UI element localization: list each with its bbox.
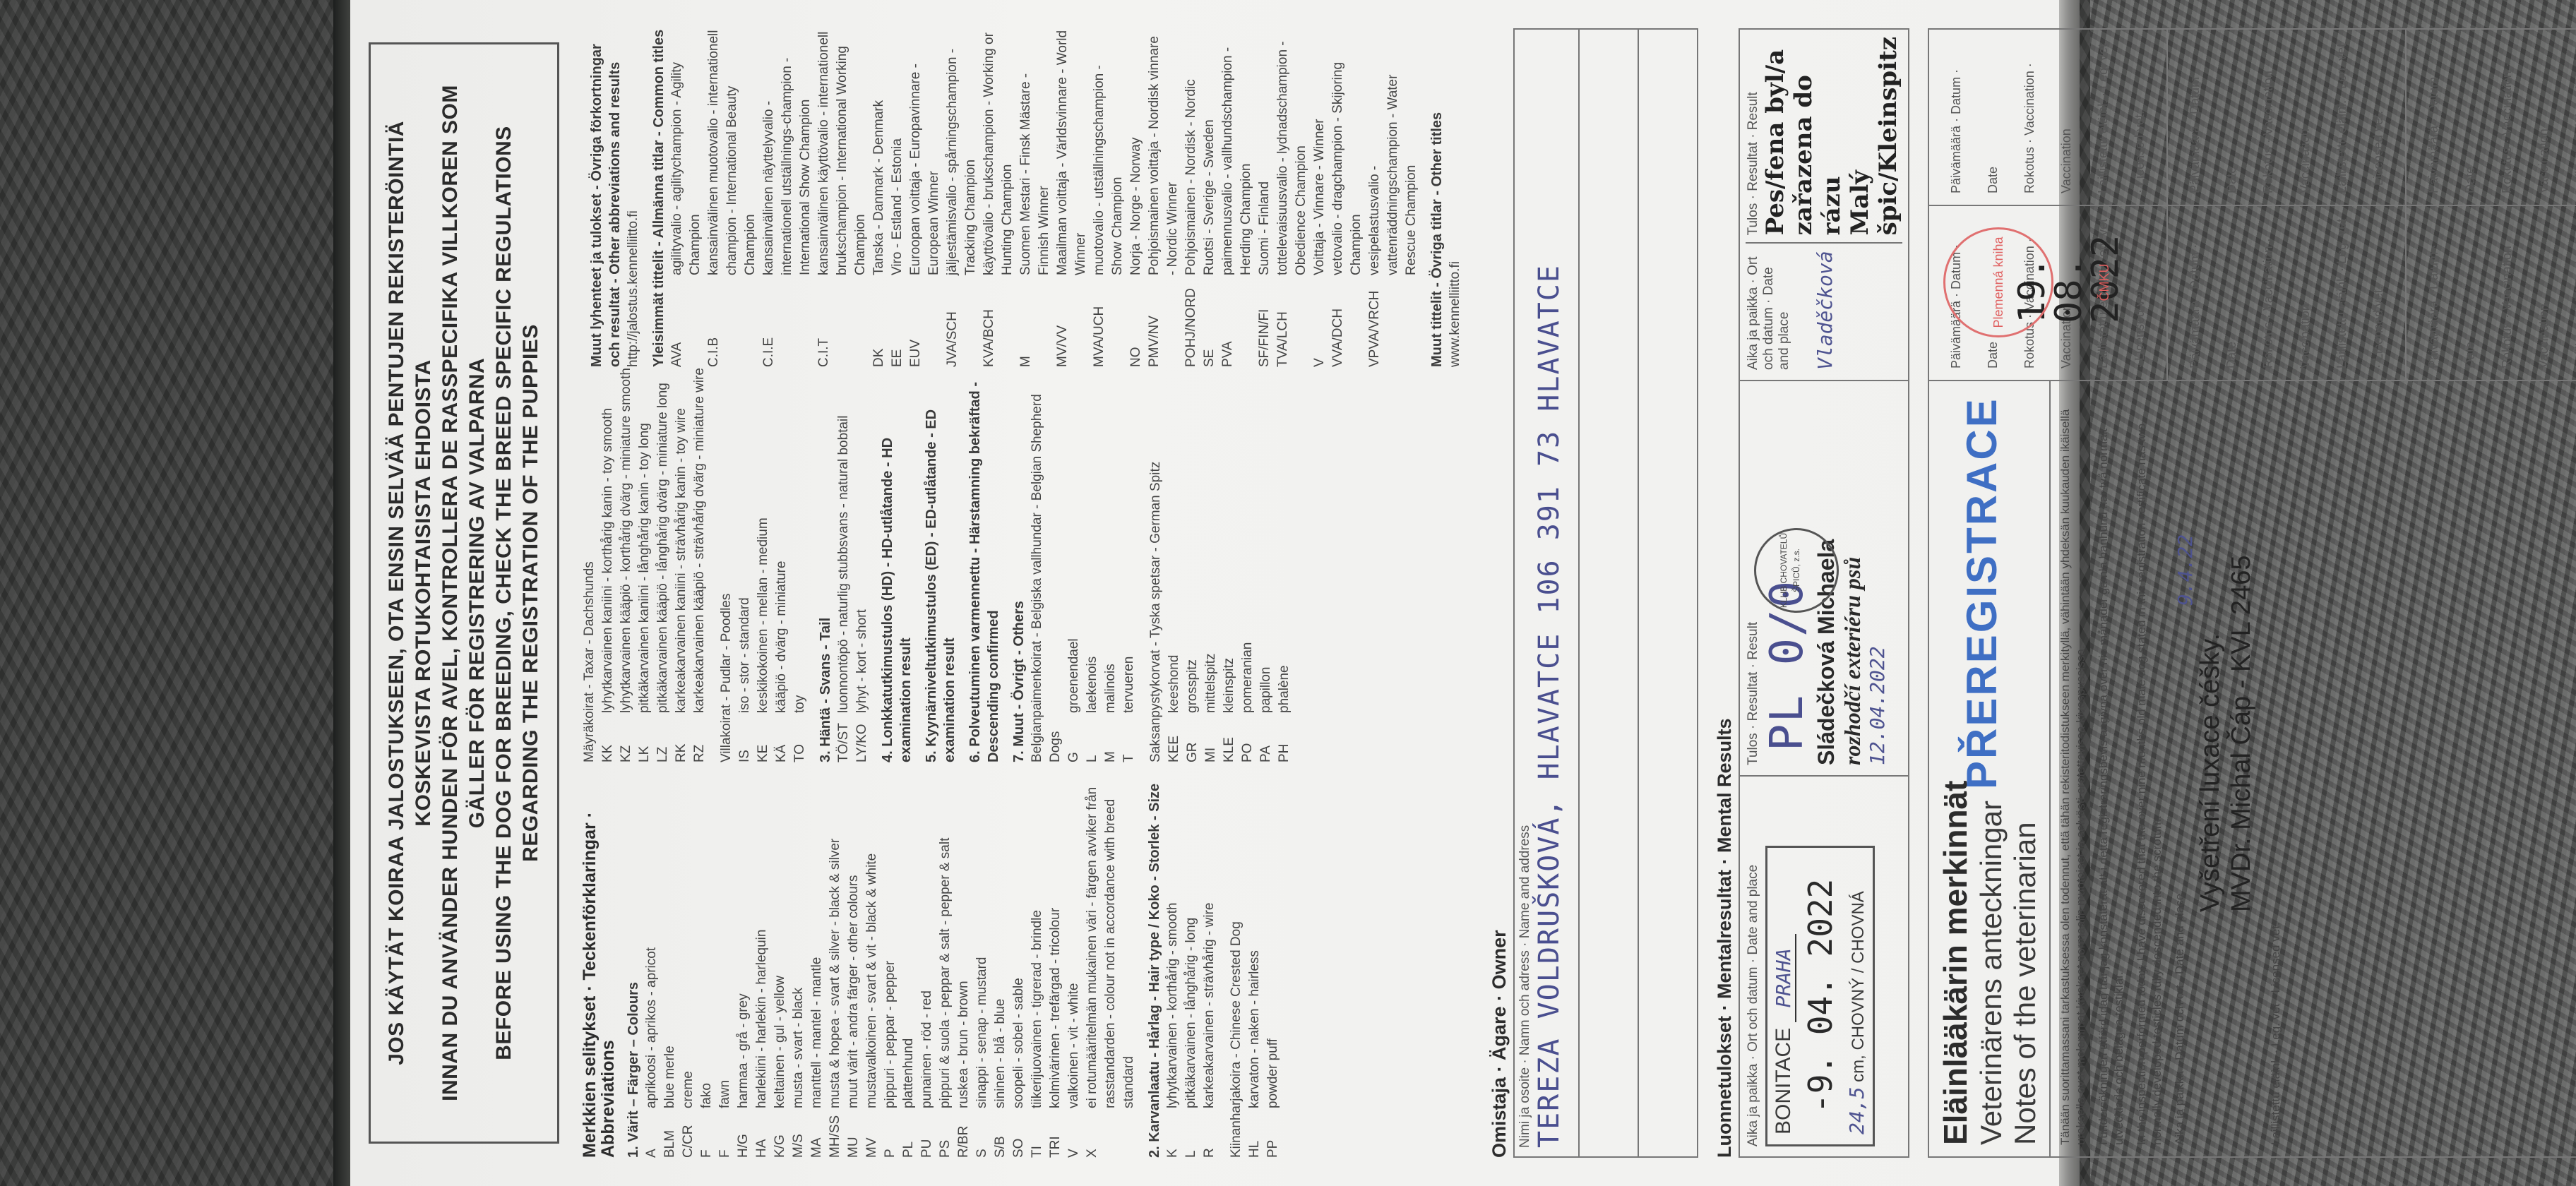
vaccination-cell: Päivämäärä · Datum · DateRokotus · Vacci… — [2168, 30, 2407, 205]
abbreviation-code: PH — [1275, 713, 1294, 762]
abbreviation-text: valkoinen - vit - white — [1065, 762, 1083, 1108]
abbreviation-code: L — [1182, 1108, 1200, 1158]
other-titles-heading: Muut tittelit - Övriga titlar - Other ti… — [1428, 28, 1446, 367]
abbreviation-row: PSpippuri & suola - peppar & salt - pepp… — [936, 762, 955, 1158]
abbreviations-section: Merkkien selitykset · Teckenförklaringar… — [580, 28, 1465, 1158]
height-value: 24,5 — [1845, 1087, 1868, 1134]
abbreviation-text: karkeakarvainen - strävhårig - wire — [1200, 762, 1219, 1108]
abbreviation-row: Ffawn — [716, 762, 734, 1158]
hd-heading: 4. Lonkkatutkimustulos (HD) - HD-utlåtan… — [878, 367, 915, 762]
kennel-url: www.kennelliitto.fi — [1446, 28, 1465, 367]
abbreviation-code: EE — [888, 275, 907, 367]
abbreviation-code: T — [1120, 713, 1138, 762]
abbreviation-code: HL — [1246, 1108, 1264, 1158]
abbreviation-row: C.I.Bkansainvälinen muotovalio - interna… — [705, 28, 760, 367]
warning-line-fi: JOS KÄYTÄT KOIRAA JALOSTUKSEEN, OTA ENSI… — [383, 66, 437, 1120]
vaccination-date-label: Päivämäärä · Datum · Date — [2176, 217, 2250, 369]
abbreviation-text: jäljestämisvalio - spårningschampion - T… — [943, 28, 980, 275]
abbreviation-text: lyhytkarvainen kääpiö - korthårig dvärg … — [617, 367, 636, 713]
abbreviation-text: vetovalio - dragchampion - Skijoring Cha… — [1329, 28, 1366, 275]
abbreviation-row: PMV/NVPohjoismainen voittaja - Nordisk v… — [1145, 28, 1182, 367]
licensed-vet-label: Laillistettu eläinl. · Leg. vet · Licens… — [2323, 41, 2397, 193]
abbreviation-code: R — [1200, 1108, 1219, 1158]
abbreviation-code: K/G — [771, 1108, 789, 1158]
abbreviation-row: HLkarvaton - naken - hairless — [1246, 762, 1264, 1158]
abbreviation-row: PHphalène — [1275, 367, 1294, 762]
abbreviation-code: M — [1017, 275, 1054, 367]
sleeve-edge-left — [333, 0, 350, 1186]
licensed-vet-label: Laillistettu eläinl. · Leg. vet · Licens… — [2562, 217, 2576, 369]
abbreviation-code: KK — [599, 713, 617, 762]
titles-list: AVAagilityvalio - agilitychampion - Agil… — [668, 28, 1421, 367]
abbreviation-row: Rkarkeakarvainen - strävhårig - wire — [1200, 762, 1219, 1158]
abbreviation-text: pitkäkarvainen kaniini - långhårig kanin… — [636, 367, 654, 713]
abbreviation-code: V — [1065, 1108, 1083, 1158]
abbreviation-code: MU — [845, 1108, 863, 1158]
abbreviation-text: malinois — [1102, 367, 1120, 713]
abbreviation-text: käyttövalio - brukschampion - Working or… — [980, 28, 1017, 275]
owner-section: Omistaja · Ägare · Owner Nimi ja osoite … — [1489, 28, 1698, 1158]
abbreviation-text: Tanska - Danmark - Denmark — [870, 28, 888, 275]
abbreviation-text: paimennusvalio - vallhundschampion - Her… — [1219, 28, 1256, 275]
abbreviation-text: musta - svart - black — [789, 762, 808, 1108]
abbreviation-code: C.I.T — [815, 275, 870, 367]
abbreviation-row: EEViro - Estland - Estonia — [888, 28, 907, 367]
abbreviation-text: mittelspitz — [1202, 367, 1220, 713]
vaccination-date-label: Päivämäärä · Datum · Date — [2176, 41, 2250, 193]
abbreviation-row: KEEkeeshond — [1165, 367, 1183, 762]
vaccination-date-label: Päivämäärä · Datum · Date — [1938, 41, 2011, 193]
abbreviation-code: F — [716, 1108, 734, 1158]
abbreviation-text: tervueren — [1120, 367, 1138, 713]
chinese-crested-list: HLkarvaton - naken - hairlessPPpowder pu… — [1246, 762, 1282, 1158]
abbreviation-text: karvaton - naken - hairless — [1246, 762, 1264, 1108]
abbreviation-row: MVmustavalkoinen - svart & vit - black &… — [863, 762, 881, 1158]
tail-list: TÖ/STluonnontöpö - naturlig stubbsvans -… — [835, 367, 871, 762]
licensed-vet-label: Laillistettu eläinl. · Leg. vet · Licens… — [2562, 41, 2576, 193]
abbreviation-row: EUVEuroopan voittaja - Europavinnare - E… — [907, 28, 943, 367]
height-unit: cm, — [1849, 1055, 1868, 1082]
abbreviation-code: PVA — [1219, 275, 1256, 367]
abbreviation-text: Voittaja - Vinnare - Winner — [1311, 28, 1329, 275]
abbreviation-code: SF/FIN/FI — [1256, 275, 1274, 367]
vaccination-label: Rokotus · Vaccination · Vaccination — [2011, 41, 2085, 193]
abbreviation-text: harmaa - grå - grey — [734, 762, 753, 1108]
colours-heading: 1. Värit – Färger – Colours — [624, 762, 643, 1158]
vet-text-fi: Tänään suorittamassani tarkastuksessa ol… — [2058, 393, 2089, 1145]
abbreviation-code: MH/SS — [826, 1108, 845, 1158]
vaccination-label: Rokotus · Vaccination · Vaccination — [2488, 41, 2562, 193]
abbreviation-row: R/BRruskea - brun - brown — [955, 762, 973, 1158]
abbreviation-row: JVA/SCHjäljestämisvalio - spårningschamp… — [943, 28, 980, 367]
abbreviation-text: powder puff — [1264, 762, 1282, 1108]
abbreviation-text: soopeli - sobel - sable — [1010, 762, 1028, 1108]
vaccination-cell: Päivämäärä · Datum · DateRokotus · Vacci… — [1929, 30, 2168, 205]
abbreviation-text: vesipelastusvalio - vattenräddningschamp… — [1366, 28, 1421, 275]
abbreviation-code: SE — [1200, 275, 1219, 367]
abbreviation-row: PUpunainen - röd - red — [918, 762, 936, 1158]
mental-result-cell-2: Tulos · Resultat · Result Pes/fena byl/a… — [1746, 37, 1902, 243]
poodles-list: ISiso - stor - standardKEkeskikokoinen -… — [736, 367, 809, 762]
abbreviation-text: fako — [698, 762, 716, 1108]
dachshunds-heading: Mäyräkoirat - Taxar - Dachshunds — [580, 367, 599, 762]
spitz-list: KEEkeeshondGRgrosspitzMImittelspitzKLEkl… — [1165, 367, 1294, 762]
abbreviation-text: pitkäkarvainen kääpiö - långhårig dvärg … — [654, 367, 672, 713]
poodles-heading: Villakoirat - Pudlar - Poodles — [717, 367, 736, 762]
abbreviation-text: sinappi - senap - mustard — [973, 762, 991, 1108]
abbreviation-code: DK — [870, 275, 888, 367]
abbreviation-code: MI — [1202, 713, 1220, 762]
abbreviation-row: TItiikerijuovainen - tigrerad - brindle — [1028, 762, 1046, 1158]
owner-row-empty — [1639, 30, 1697, 1156]
abbreviation-code: KVA/BCH — [980, 275, 1017, 367]
abbreviation-code: R/BR — [955, 1108, 973, 1158]
abbreviation-row: LKpitkäkarvainen kaniini - långhårig kan… — [636, 367, 654, 762]
abbreviation-code: PP — [1264, 1108, 1282, 1158]
owner-row-empty — [1580, 30, 1639, 1156]
abbreviation-text: tiikerijuovainen - tigrerad - brindle — [1028, 762, 1046, 1108]
judge-role: rozhodčí exteriéru psů — [1839, 391, 1866, 765]
abbreviation-text: keskikokoinen - mellan - medium — [754, 367, 773, 713]
club-stamp-icon: KLUB CHOVATELŮ ŠPICŮ, z.s. — [1754, 528, 1839, 613]
abbreviation-text: tottelevaisuusvalio - lydnadschampion - … — [1274, 28, 1311, 275]
abbreviation-text: Suomi - Finland — [1256, 28, 1274, 275]
preregistration-stamp: PŘEREGISTRACE — [1957, 397, 2006, 789]
abbreviation-text: mustavalkoinen - svart & vit - black & w… — [863, 762, 881, 1108]
bonitace-label: BONITACE — [1772, 1028, 1795, 1134]
ed-heading: 5. Kyynärniveltutkimustulos (ED) - ED-ut… — [922, 367, 959, 762]
abbreviation-code: PA — [1257, 713, 1275, 762]
bonitace-stamp: BONITACE PRAHA -9. 04. 2022 24,5 cm, CHO… — [1765, 846, 1875, 1146]
abbreviation-text: kääpiö - dvärg - miniature — [773, 367, 791, 713]
exam-stamp-line1: Vyšetření luxace čéšky. — [2195, 393, 2226, 912]
abbreviation-row: Xei rotumääritelmän mukainen väri - färg… — [1083, 762, 1138, 1158]
abbreviation-code: M/S — [789, 1108, 808, 1158]
abbreviation-row: POpomeranian — [1239, 367, 1257, 762]
abbreviation-code: RZ — [691, 713, 709, 762]
licensed-vet-label: Laillistettu eläinl. · Leg. vet · Licens… — [2085, 41, 2158, 193]
abbreviation-code: H/G — [734, 1108, 753, 1158]
abbreviation-code: EUV — [907, 275, 943, 367]
abbreviation-text: kansainvälinen näyttelyvalio - internati… — [760, 28, 815, 275]
judge-date: 12.04.2022 — [1866, 391, 1889, 765]
vet-title-en: Notes of the veterinarian — [2008, 393, 2042, 1145]
abbreviation-row: M/Smusta - svart - black — [789, 762, 808, 1158]
abbreviation-text: muotovalio - utställningschampion - Show… — [1090, 28, 1127, 275]
abbreviation-code: KLE — [1220, 713, 1239, 762]
abbreviation-row: DKTanska - Danmark - Denmark — [870, 28, 888, 367]
abbreviation-row: ISiso - stor - standard — [736, 367, 754, 762]
abbreviation-row: SERuotsi - Sverige - Sweden — [1200, 28, 1219, 367]
abbreviation-text: kleinspitz — [1220, 367, 1239, 713]
abbreviation-text: plattenhund — [900, 762, 918, 1108]
licensed-vet-label: Laillistettu eläinl. · Leg. vet · Licens… — [2323, 217, 2397, 369]
abbreviation-code: C.I.E — [760, 275, 815, 367]
abbreviation-code: SO — [1010, 1108, 1028, 1158]
abbreviation-text: ei rotumääritelmän mukainen väri - färge… — [1083, 762, 1138, 1108]
abbreviation-code: PU — [918, 1108, 936, 1158]
abbreviation-text: kansainvälinen muotovalio - internatione… — [705, 28, 760, 275]
abbreviation-text: phalène — [1275, 367, 1294, 713]
abbreviation-code: MV — [863, 1108, 881, 1158]
mental-date-cell: Aika ja paikka · Ort och datum · Date an… — [1740, 775, 1908, 1156]
abbreviation-row: VPVA/VRCHvesipelastusvalio - vattenräddn… — [1366, 28, 1421, 367]
vet-licensed-label: Laillistettu eläinl. · Leg. vet · Licens… — [2268, 393, 2284, 1145]
abbreviation-text: pitkäkarvainen - långhårig - long — [1182, 762, 1200, 1108]
abbreviation-text: Pohjoismainen voittaja - Nordisk vinnare… — [1145, 28, 1182, 275]
abbreviation-code: M — [1102, 713, 1120, 762]
bonitace-height-row: 24,5 cm, CHOVNÝ / CHOVNÁ — [1845, 858, 1868, 1134]
exam-stamp-line2: MVDr. Michal Čáp - KVL 2465 — [2226, 393, 2257, 912]
abbreviation-text: papillon — [1257, 367, 1275, 713]
abbreviation-text: keeshond — [1165, 367, 1183, 713]
abbreviation-row: C/CRcreme — [679, 762, 698, 1158]
abbreviation-row: VVoittaja - Vinnare - Winner — [1311, 28, 1329, 367]
vet-notes-section: Eläinlääkärin merkinnät Veterinärens ant… — [1928, 28, 2576, 1158]
result-label-2: Tulos · Resultat · Result — [1746, 37, 1761, 236]
titles-heading: Muut lyhenteet ja tulokset - Övriga förk… — [588, 28, 624, 367]
abbreviation-code: PS — [936, 1108, 955, 1158]
abbreviation-code: HA — [753, 1108, 771, 1158]
abbreviation-code: C.I.B — [705, 275, 760, 367]
abbreviation-code: BLM — [661, 1108, 679, 1158]
owner-heading: Omistaja · Ägare · Owner — [1489, 28, 1510, 1158]
abbreviation-text: harlekiini - harlekin - harlequin — [753, 762, 771, 1108]
abbreviation-row: Ssinappi - senap - mustard — [973, 762, 991, 1158]
abbreviation-code: MV/VV — [1054, 275, 1090, 367]
breed-note-line2: Malý špic/Kleinspitz — [1846, 37, 1902, 236]
vet-text-sv: I undersökningen utförd idag har jag kon… — [2096, 393, 2127, 1145]
abbreviation-code: LZ — [654, 713, 672, 762]
abbreviation-row: PPpowder puff — [1264, 762, 1282, 1158]
abbreviation-row: KÄkääpiö - dvärg - miniature — [773, 367, 791, 762]
vet-date-place-label: Aika ja paikka · Datum och ort · Date an… — [2172, 393, 2188, 1145]
abbreviation-text: Ruotsi - Sverige - Sweden — [1200, 28, 1219, 275]
abbreviation-code: NO — [1127, 275, 1145, 367]
abbreviation-code: KÄ — [773, 713, 791, 762]
abbreviation-text: Maailman voittaja - Världsvinnare - Worl… — [1054, 28, 1090, 275]
warning-line-sv: INNAN DU ANVÄNDER HUNDEN FÖR AVEL, KONTR… — [437, 66, 491, 1120]
abbreviation-text: luonnontöpö - naturlig stubbsvans - natu… — [835, 367, 853, 713]
abbreviation-row: POHJ/NORDPohjoismainen - Nordisk - Nordi… — [1182, 28, 1200, 367]
abbreviation-text: fawn — [716, 762, 734, 1108]
abbreviation-code: L — [1083, 713, 1102, 762]
abbreviation-row: Mmalinois — [1102, 367, 1120, 762]
colours-list: Aaprikoosi - aprikos - apricotBLMblue me… — [643, 762, 1138, 1158]
abbreviation-code: LK — [636, 713, 654, 762]
abbreviation-row: C.I.Ekansainvälinen näyttelyvalio - inte… — [760, 28, 815, 367]
abbreviation-row: RKkarkeakarvainen kaniini - strävhårig k… — [672, 367, 691, 762]
abbreviation-row: Ggroenendael — [1065, 367, 1083, 762]
abbreviations-col-1: Merkkien selitykset · Teckenförklaringar… — [580, 762, 1465, 1158]
vaccination-cell: Päivämäärä · Datum · DateRokotus · Vacci… — [2407, 205, 2576, 380]
abbreviation-code: F — [698, 1108, 716, 1158]
abbreviation-code: VVA/DCH — [1329, 275, 1366, 367]
abbreviation-code: PMV/NV — [1145, 275, 1182, 367]
abbreviation-text: blue merle — [661, 762, 679, 1108]
abbreviation-code: LY/KO — [853, 713, 871, 762]
abbreviation-row: Aaprikoosi - aprikos - apricot — [643, 762, 661, 1158]
bonitace-date: -9. 04. 2022 — [1801, 879, 1839, 1113]
abbreviation-text: groenendael — [1065, 367, 1083, 713]
abbreviation-row: C.I.Tkansainvälinen käyttövalio - intern… — [815, 28, 870, 367]
abbreviation-text: karkeakarvainen kääpiö - strävhårig dvär… — [691, 367, 709, 713]
vaccination-cell: Päivämäärä · Datum · DateRokotus · Vacci… — [2168, 205, 2407, 380]
abbreviation-code: K — [1164, 1108, 1182, 1158]
abbreviation-row: SF/FIN/FISuomi - Finland — [1256, 28, 1274, 367]
abbreviation-row: MSuomen Mestari - Finsk Mästare - Finnis… — [1017, 28, 1054, 367]
abbreviation-text: pomeranian — [1239, 367, 1257, 713]
abbreviation-code: GR — [1183, 713, 1202, 762]
chinese-crested-heading: Kiinanharjakoira - Chinese Crested Dog — [1227, 762, 1246, 1158]
abbreviation-row: PLplattenhund — [900, 762, 918, 1158]
abbreviation-row: MImittelspitz — [1202, 367, 1220, 762]
belgian-list: GgroenendaelLlaekenoisMmalinoisTtervuere… — [1065, 367, 1138, 762]
abbreviation-row: PApapillon — [1257, 367, 1275, 762]
abbreviation-row: Ttervueren — [1120, 367, 1138, 762]
mental-result-cell: Tulos · Resultat · Result PL 0/0 Sládečk… — [1740, 380, 1908, 775]
abbreviation-row: Llaekenois — [1083, 367, 1102, 762]
abbreviation-row: HAharlekiini - harlekin - harlequin — [753, 762, 771, 1158]
abbreviation-text: Norja - Norge - Norway — [1127, 28, 1145, 275]
abbreviation-text: kansainvälinen käyttövalio - internation… — [815, 28, 870, 275]
mental-heading: Luonnetulokset · Mentalresultat · Mental… — [1714, 28, 1736, 1158]
abbreviation-code: AVA — [668, 275, 705, 367]
abbreviation-row: Vvalkoinen - vit - white — [1065, 762, 1083, 1158]
abbreviation-row: PVApaimennusvalio - vallhundschampion - … — [1219, 28, 1256, 367]
red-registry-stamp-icon: Plemenná kniha ČMKU — [1943, 227, 2053, 337]
abbreviation-text: Suomen Mestari - Finsk Mästare - Finnish… — [1017, 28, 1054, 275]
abbreviation-text: toy — [791, 367, 809, 713]
abbreviation-code: IS — [736, 713, 754, 762]
abbreviation-row: KKlyhytkarvainen kaniini - korthårig kan… — [599, 367, 617, 762]
tail-heading: 3. Häntä - Svans - Tail — [816, 367, 835, 762]
abbreviation-row: MUmuut värit - andra färger - other colo… — [845, 762, 863, 1158]
abbreviation-row: AVAagilityvalio - agilitychampion - Agil… — [668, 28, 705, 367]
abbreviations-title: Merkkien selitykset · Teckenförklaringar… — [580, 762, 617, 1158]
abbreviation-text: karkeakarvainen kaniini - strävhårig kan… — [672, 367, 691, 713]
abbreviation-code: PL — [900, 1108, 918, 1158]
abbreviation-row: TRIkolmivärinen - trefärgad - tricolour — [1046, 762, 1065, 1158]
abbreviation-code: S — [973, 1108, 991, 1158]
abbreviation-row: H/Gharmaa - grå - grey — [734, 762, 753, 1158]
vaccination-label: Rokotus · Vaccination · Vaccination — [2488, 217, 2562, 369]
breed-note-line1: Pes/fena byl/a zařazena do rázu — [1761, 37, 1846, 236]
abbreviation-code: G — [1065, 713, 1083, 762]
abbreviation-code: MA — [808, 1108, 826, 1158]
abbreviation-text: keltainen - gul - yellow — [771, 762, 789, 1108]
abbreviation-row: SOsoopeli - sobel - sable — [1010, 762, 1028, 1158]
hair-heading: 2. Karvanlaatu - Hårlag - Hair type / Ko… — [1145, 762, 1164, 1158]
abbreviation-text: creme — [679, 762, 698, 1108]
abbreviation-text: aprikoosi - aprikos - apricot — [643, 762, 661, 1108]
abbreviation-code: VPVA/VRCH — [1366, 275, 1421, 367]
date-place-label-2: Aika ja paikka · Ort och datum · Date an… — [1746, 251, 1792, 370]
vet-title-block: Eläinlääkärin merkinnät Veterinärens ant… — [1929, 381, 2051, 1156]
abbreviation-row: KZlyhytkarvainen kääpiö - korthårig dvär… — [617, 367, 636, 762]
mental-results-section: Luonnetulokset · Mentalresultat · Mental… — [1714, 28, 1909, 1158]
abbreviation-row: TOtoy — [791, 367, 809, 762]
abbreviation-code: C/CR — [679, 1108, 698, 1158]
abbreviation-code: TVA/LCH — [1274, 275, 1311, 367]
abbreviation-row: S/Bsininen - blå - blue — [991, 762, 1010, 1158]
mental-date-cell-2: Aika ja paikka · Ort och datum · Date an… — [1746, 242, 1902, 370]
vet-notes-left: Eläinlääkärin merkinnät Veterinärens ant… — [1929, 380, 2576, 1156]
abbreviation-text: lyhytkarvainen kaniini - korthårig kanin… — [599, 367, 617, 713]
abbreviation-row: KEkeskikokoinen - mellan - medium — [754, 367, 773, 762]
abbreviation-code: V — [1311, 275, 1329, 367]
hair-list: Klyhytkarvainen - korthårig - smoothLpit… — [1164, 762, 1219, 1158]
owner-table: Nimi ja osoite · Namn och adress · Name … — [1513, 28, 1698, 1158]
vet-text-en: In the inspection performed today, I hav… — [2134, 393, 2165, 1145]
abbreviation-code: TÖ/ST — [835, 713, 853, 762]
abbreviation-text: muut värit - andra färger - other colour… — [845, 762, 863, 1108]
abbreviation-row: BLMblue merle — [661, 762, 679, 1158]
breeding-status: CHOVNÝ / CHOVNÁ — [1849, 891, 1868, 1050]
owner-name-address: TEREZA VOLDRUŠKOVÁ, HLAVATCE 106 391 73 … — [1533, 38, 1566, 1148]
abbreviation-code: KEE — [1165, 713, 1183, 762]
abbreviation-row: MAmanttell - mantel - mantle — [808, 762, 826, 1158]
abbreviation-row: MVA/UCHmuotovalio - utställningschampion… — [1090, 28, 1127, 367]
abbreviation-text: pippuri & suola - peppar & salt - pepper… — [936, 762, 955, 1108]
abbreviation-row: TÖ/STluonnontöpö - naturlig stubbsvans -… — [835, 367, 853, 762]
vaccination-cell: Päivämäärä · Datum · DateRokotus · Vacci… — [1929, 205, 2168, 380]
abbreviation-text: ruskea - brun - brown — [955, 762, 973, 1108]
abbreviation-text: pippuri - peppar - pepper — [881, 762, 900, 1108]
vaccination-date-label: Päivämäärä · Datum · Date — [2415, 217, 2488, 369]
abbreviation-text: musta & hopea - svart & silver - black &… — [826, 762, 845, 1108]
abbreviation-text: kolmivärinen - trefärgad - tricolour — [1046, 762, 1065, 1108]
abbreviation-code: TI — [1028, 1108, 1046, 1158]
vaccination-date-label: Päivämäärä · Datum · Date — [2415, 41, 2488, 193]
common-titles-heading: Yleisimmät tittelit - Allmänna titlar - … — [650, 28, 668, 367]
registration-certificate-back: JOS KÄYTÄT KOIRAA JALOSTUKSEEN, OTA ENSI… — [350, 0, 2059, 1186]
abbreviation-text: manttell - mantel - mantle — [808, 762, 826, 1108]
owner-field-label: Nimi ja osoite · Namn och adress · Name … — [1517, 38, 1533, 1148]
breeding-warning-box: JOS KÄYTÄT KOIRAA JALOSTUKSEEN, OTA ENSI… — [369, 42, 559, 1144]
abbreviation-code: RK — [672, 713, 691, 762]
mental-results-table: Aika ja paikka · Ort och datum · Date an… — [1739, 28, 1909, 1158]
mental-third-cell: Aika ja paikka · Ort och datum · Date an… — [1740, 27, 1908, 380]
abbreviation-text: lyhyt - kort - short — [853, 367, 871, 713]
abbreviation-text: Euroopan voittaja - Europavinnare - Euro… — [907, 28, 943, 275]
abbreviation-code: PO — [1239, 713, 1257, 762]
warning-line-en: BEFORE USING THE DOG FOR BREEDING, CHECK… — [491, 66, 544, 1120]
abbreviation-text: laekenois — [1083, 367, 1102, 713]
abbreviation-code: TO — [791, 713, 809, 762]
others-heading: 7. Muut - Övrigt - Others — [1010, 367, 1028, 762]
abbreviation-row: GRgrosspitz — [1183, 367, 1202, 762]
abbreviation-text: Pohjoismainen - Nordisk - Nordic — [1182, 28, 1200, 275]
abbreviation-text: lyhytkarvainen - korthårig - smooth — [1164, 762, 1182, 1108]
exam-stamp: Vyšetření luxace čéšky. MVDr. Michal Čáp… — [2195, 393, 2257, 912]
exam-date: 9.4.22 — [2178, 534, 2193, 606]
abbreviations-col-3: Muut lyhenteet ja tulokset - Övriga förk… — [580, 28, 1465, 367]
abbreviation-code: KZ — [617, 713, 636, 762]
abbreviation-code: POHJ/NORD — [1182, 275, 1200, 367]
abbreviation-row: RZkarkeakarvainen kääpiö - strävhårig dv… — [691, 367, 709, 762]
abbreviation-text: Viro - Estland - Estonia — [888, 28, 907, 275]
vaccination-grid: Päivämäärä · Datum · DateRokotus · Vacci… — [1929, 30, 2576, 380]
abbreviation-row: LZpitkäkarvainen kääpiö - långhårig dvär… — [654, 367, 672, 762]
abbreviation-row: VVA/DCHvetovalio - dragchampion - Skijor… — [1329, 28, 1366, 367]
belgian-heading: Belgianpaimenkoirat - Belgiska vallhunda… — [1028, 367, 1065, 762]
abbreviation-code: TRI — [1046, 1108, 1065, 1158]
abbreviation-row: TVA/LCHtottelevaisuusvalio - lydnadscham… — [1274, 28, 1311, 367]
abbreviation-row: MV/VVMaailman voittaja - Världsvinnare -… — [1054, 28, 1090, 367]
abbreviations-col-2: Mäyräkoirat - Taxar - Dachshunds KKlyhyt… — [580, 367, 1465, 762]
descent-heading: 6. Polveutuminen varmennettu - Härstamni… — [966, 367, 1003, 762]
